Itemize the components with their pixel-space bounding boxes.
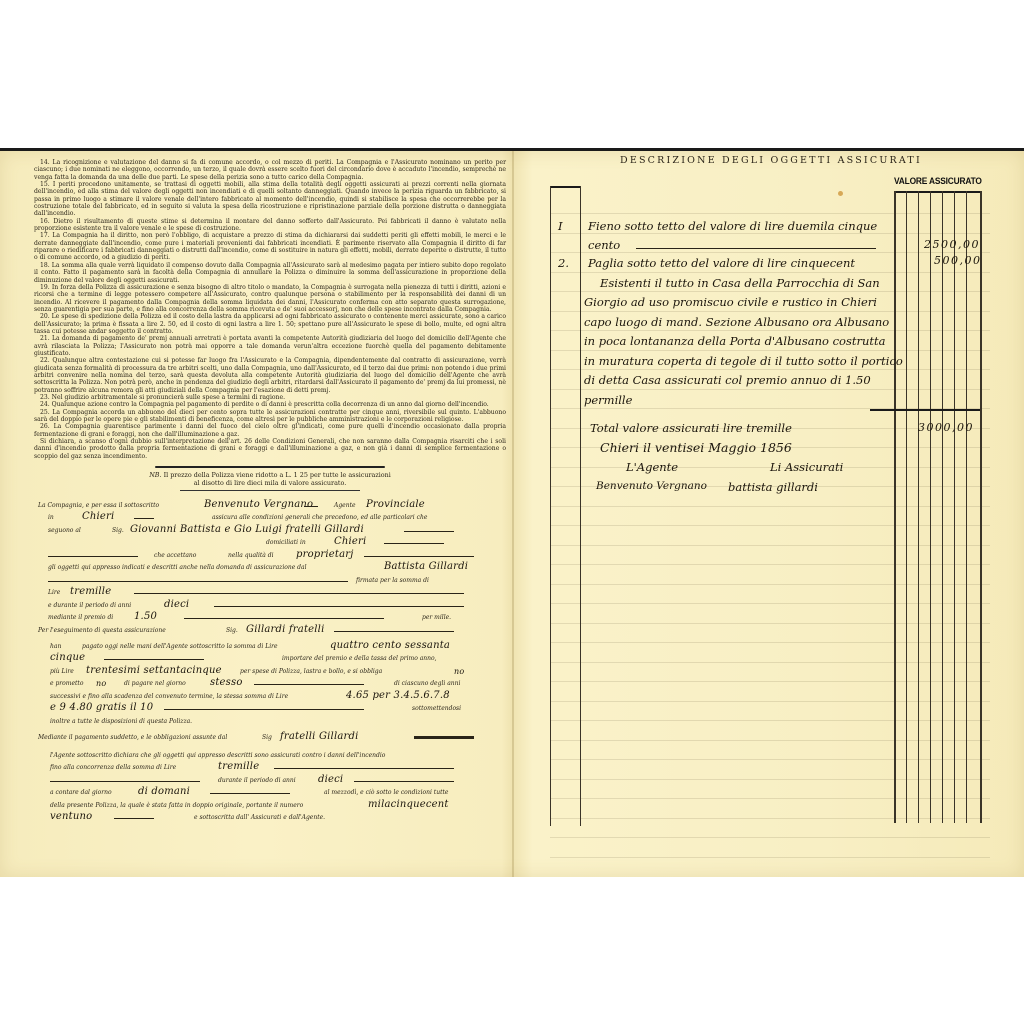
- item-2-number: 2.: [558, 256, 569, 270]
- during-label: durante il periodo di anni: [218, 777, 296, 784]
- clause: 26. La Compagnia guarentisce parimente i…: [34, 423, 506, 438]
- paid-prefix: han: [50, 643, 61, 650]
- assures-label: assicura alle condizioni generali che pr…: [212, 514, 427, 521]
- item-2-line: capo luogo di mand. Sezione Albusano ora…: [584, 315, 889, 329]
- pay-day-label: di pagare nel giorno: [124, 680, 186, 687]
- lire-label: Lire: [48, 589, 60, 596]
- column-line: [580, 186, 581, 826]
- quality: proprietarj: [296, 549, 354, 560]
- promise-suffix: no: [96, 679, 106, 688]
- insured-names: Giovanni Battista e Gio Luigi fratelli G…: [130, 524, 364, 535]
- agent-signature: Benvenuto Vergnano: [596, 480, 707, 492]
- column-line: [550, 186, 551, 826]
- city: Chieri: [82, 511, 114, 522]
- item-2-line: in poca lontananza della Porta d'Albusan…: [584, 334, 885, 348]
- mediante-label: Mediante il pagamento suddetto, e le obb…: [38, 734, 227, 741]
- paid-amount-1: quattro cento sessanta: [330, 640, 450, 651]
- in-label: in: [48, 514, 54, 521]
- nb-label: NB.: [149, 471, 161, 479]
- during-amount: dieci: [318, 774, 343, 785]
- item-1-line-2: cento: [588, 238, 620, 252]
- policy-clauses: 14. La ricognizione e valutazione del da…: [34, 159, 506, 460]
- execution-sig: Sig.: [226, 627, 238, 634]
- total-bar: [870, 409, 980, 411]
- clause: 25. La Compagnia accorda un abbuono del …: [34, 409, 506, 424]
- quality-label: nella qualità di: [228, 552, 274, 559]
- item-2-line: Paglia sotto tetto del valore di lire ci…: [588, 256, 855, 270]
- fees-label: per spese di Polizza, lastra e bollo, e …: [240, 668, 382, 675]
- sum-words: tremille: [70, 586, 111, 597]
- paid-label: pagato oggi nelle mani dell'Agente sotto…: [82, 643, 278, 650]
- clause: 23. Nel giudizio arbitramentale si pronu…: [34, 394, 506, 401]
- from-label: a contare dal giorno: [50, 789, 112, 796]
- fees-suffix: no: [454, 667, 464, 676]
- per-mille-label: per mille.: [422, 614, 451, 621]
- accept-label: che accettano: [154, 552, 196, 559]
- execution-label: Per l'eseguimento di questa assicurazion…: [38, 627, 166, 634]
- nb-note: NB. Il prezzo della Polizza viene ridott…: [34, 471, 506, 487]
- place-date: Chieri il ventisei Maggio 1856: [600, 440, 792, 455]
- successive-label: successivi e fino alla scadenza del conv…: [50, 693, 288, 700]
- follow-label: seguono al: [48, 527, 81, 534]
- item-1-value: 2500,00: [924, 238, 980, 251]
- sig-label: Sig.: [112, 527, 124, 534]
- signed-label: firmata per la somma di: [356, 577, 429, 584]
- agent-type: Provinciale: [366, 499, 425, 510]
- domiciled-label: domiciliati in: [266, 539, 306, 546]
- period: dieci: [164, 599, 189, 610]
- request-by: Battista Gillardi: [384, 561, 468, 572]
- execution-names: Gillardi fratelli: [246, 624, 324, 635]
- noon-label: al mezzodì, e ciò sotto le condizioni tu…: [324, 789, 448, 796]
- nb-line-2: al disotto di lire dieci mila di valore …: [34, 479, 506, 487]
- mediante-sig: Sig: [262, 734, 272, 741]
- objects-label: gli oggetti qui appresso indicati e desc…: [48, 564, 307, 571]
- mediante-names: fratelli Gillardi: [280, 731, 358, 742]
- company-label: La Compagnia, e per essa il sottoscritto: [38, 502, 159, 509]
- provisions-label: inoltre a tutte le disposizioni di quest…: [50, 718, 192, 725]
- successive-note: e 9 4.80 gratis il 10: [50, 702, 153, 713]
- signed-by-label: e sottoscritta dall' Assicurati e dall'A…: [194, 814, 325, 821]
- clause: 14. La ricognizione e valutazione del da…: [34, 159, 506, 181]
- clause: 24. Qualunque azione contro la Compagnia…: [34, 401, 506, 408]
- up-to-amount: tremille: [218, 761, 259, 772]
- column-top-bar: [550, 186, 580, 188]
- policy-label: della presente Polizza, la quale è stata…: [50, 802, 303, 809]
- successive-amount: 4.65 per 3.4.5.6.7.8: [346, 690, 450, 701]
- clause: 21. La domanda di pagamento de' premj an…: [34, 335, 506, 357]
- divider: [180, 490, 360, 491]
- pay-day: stesso: [210, 677, 243, 688]
- agent-label: L'Agente: [626, 460, 678, 474]
- nb-line-1: Il prezzo della Polizza viene ridotto a …: [164, 471, 391, 479]
- left-page: 14. La ricognizione e valutazione del da…: [34, 159, 506, 822]
- clause: Si dichiara, a scanso d'ogni dubbio sull…: [34, 438, 506, 460]
- clause: 17. La Compagnia ha il diritto, non però…: [34, 232, 506, 261]
- plus-label: più Lire: [50, 668, 74, 675]
- policy-number-2: ventuno: [50, 811, 92, 822]
- premium: 1.50: [134, 611, 157, 622]
- clause: 16. Dietro il risultamento di queste sti…: [34, 218, 506, 233]
- total-value: 3000,00: [918, 421, 974, 434]
- period-label: e durante il periodo di anni: [48, 602, 131, 609]
- item-2-value: 500,00: [934, 254, 982, 267]
- right-page: DESCRIZIONE DEGLI OGGETTI ASSICURATI VAL…: [540, 151, 1000, 877]
- item-2-line: permille: [584, 393, 632, 407]
- fees-amount: trentesimi settantacinque: [86, 665, 222, 676]
- insured-signature: battista gillardi: [728, 480, 818, 494]
- clause: 19. In forza della Polizza di assicurazi…: [34, 284, 506, 313]
- policy-number-1: milacinquecent: [368, 799, 449, 810]
- agent-name: Benvenuto Vergnano: [204, 499, 313, 510]
- divider: [155, 466, 385, 468]
- domicile: Chieri: [334, 536, 366, 547]
- clause: 22. Qualunque altra contestazione cui si…: [34, 357, 506, 394]
- import-label: importare del premio e della tassa del p…: [282, 655, 437, 662]
- item-2-line: in muratura coperta di tegole di il tutt…: [584, 354, 903, 368]
- value-header: VALORE ASSICURATO: [894, 176, 982, 186]
- insured-label: Li Assicurati: [770, 460, 843, 474]
- clause: 15. I periti procedono unitamente, se tr…: [34, 181, 506, 218]
- item-1-number: I: [558, 219, 563, 233]
- submit-label: sottomettendosi: [412, 705, 461, 712]
- promise-label: e prometto: [50, 680, 83, 687]
- item-2-line: Esistenti il tutto in Casa della Parrocc…: [600, 276, 880, 290]
- from-day: di domani: [138, 786, 190, 797]
- clause: 18. La somma alla quale verrà liquidato …: [34, 262, 506, 284]
- policy-document: 14. La ricognizione e valutazione del da…: [0, 148, 1024, 877]
- up-to-label: fino alla concorrenza della somma di Lir…: [50, 764, 176, 771]
- page-fold: [512, 151, 514, 877]
- agent-label: Agente: [334, 502, 356, 509]
- item-1-line-1: Fieno sotto tetto del valore di lire due…: [588, 219, 877, 233]
- paid-amount-2: cinque: [50, 652, 85, 663]
- paper-stain: [838, 191, 843, 196]
- description-title: DESCRIZIONE DEGLI OGGETTI ASSICURATI: [620, 155, 922, 166]
- clause: 20. Le spese di spedizione della Polizza…: [34, 313, 506, 335]
- declares-label: l'Agente sottoscritto dichiara che gli o…: [50, 752, 385, 759]
- item-2-line: di detta Casa assicurati col premio annu…: [584, 373, 871, 387]
- each-year-label: di ciascuno degli anni: [394, 680, 460, 687]
- total-line: Total valore assicurati lire tremille: [590, 421, 792, 435]
- premium-label: mediante il premio di: [48, 614, 113, 621]
- policy-form: La Compagnia, e per essa il sottoscritto…: [34, 497, 506, 822]
- item-2-line: Giorgio ad uso promiscuo civile e rustic…: [584, 295, 877, 309]
